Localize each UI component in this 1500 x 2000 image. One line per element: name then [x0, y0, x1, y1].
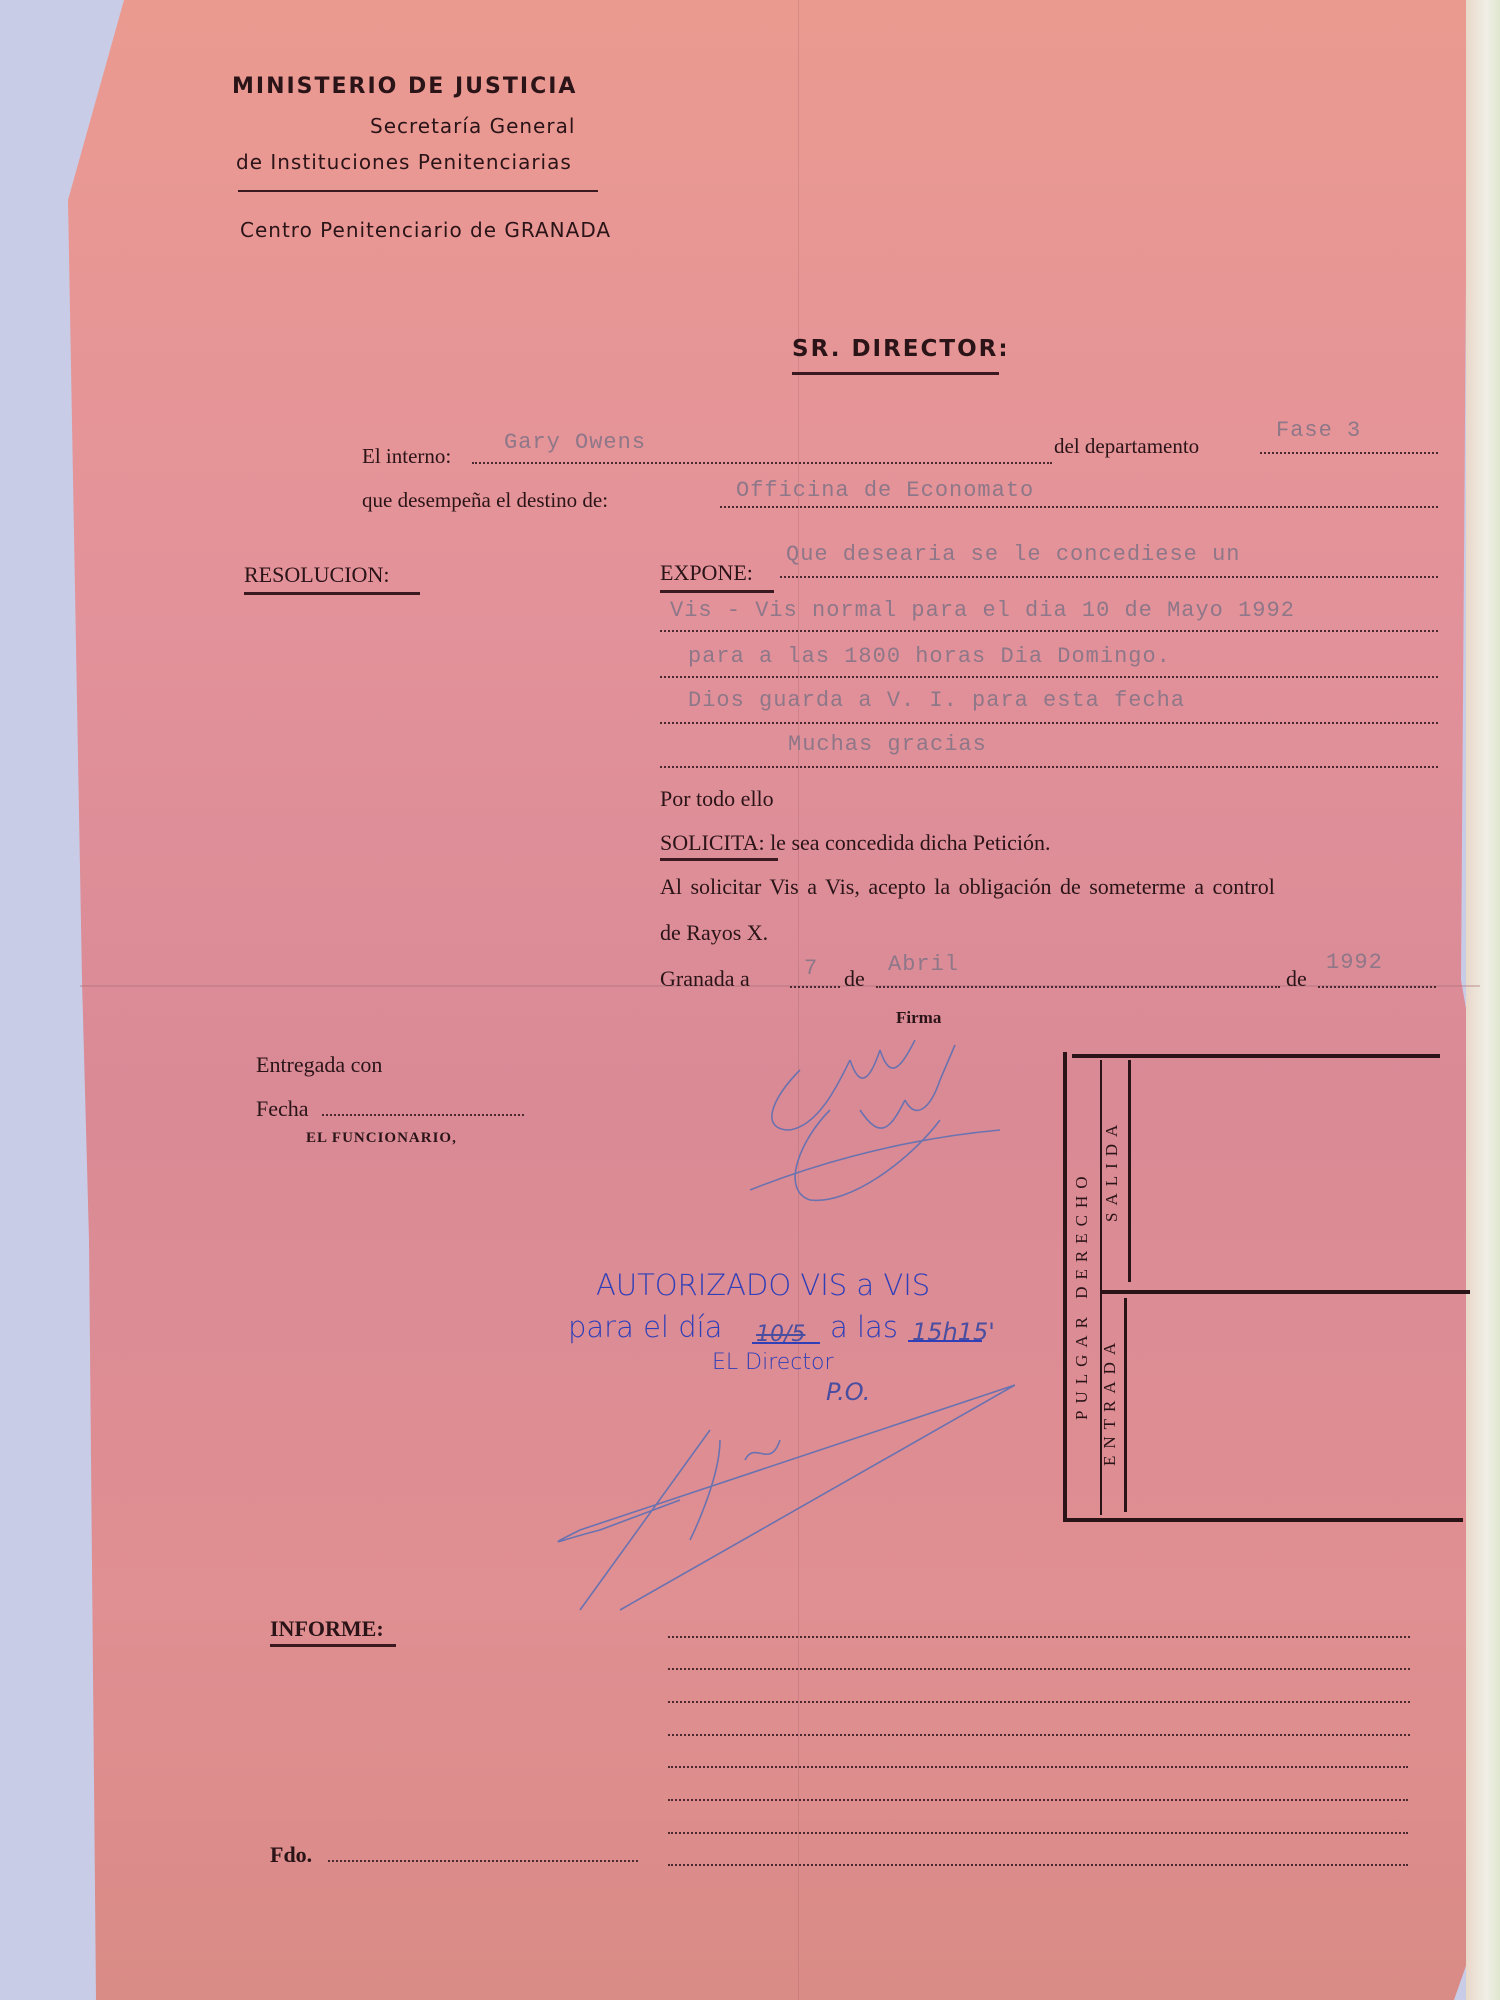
de-1: de — [844, 966, 865, 992]
solicita-text: : le sea concedida dicha Petición. — [758, 830, 1050, 855]
interno-label: El interno: — [362, 444, 451, 469]
stamp-a-las: a las — [830, 1310, 898, 1344]
informe-line[interactable] — [668, 1701, 1410, 1703]
director-signature — [540, 1380, 1020, 1620]
centro-name: Centro Penitenciario de GRANADA — [240, 218, 611, 242]
stamp-title: AUTORIZADO VIS a VIS — [596, 1268, 930, 1302]
informe-line[interactable] — [668, 1668, 1410, 1670]
box-bottom-border — [1063, 1518, 1463, 1522]
destino-value: Officina de Economato — [736, 478, 1034, 503]
fecha-field[interactable] — [322, 1114, 524, 1116]
applicant-signature — [740, 1020, 1020, 1220]
expone-line-4[interactable] — [660, 722, 1438, 724]
entrada-label: ENTRADA — [1100, 1336, 1120, 1466]
day-value: 7 — [804, 956, 818, 981]
informe-label: INFORME: — [270, 1616, 384, 1642]
informe-line[interactable] — [668, 1636, 1410, 1638]
month-value: Abril — [888, 952, 959, 977]
departamento-field[interactable] — [1260, 452, 1438, 454]
salida-divider — [1128, 1060, 1131, 1282]
informe-underline — [270, 1644, 396, 1647]
ministry-name: MINISTERIO DE JUSTICIA — [232, 74, 577, 99]
fdo-field[interactable] — [328, 1860, 638, 1862]
expone-text-5: Muchas gracias — [788, 732, 987, 757]
expone-underline — [660, 590, 774, 593]
rayos-line-2: de Rayos X. — [660, 920, 768, 946]
informe-line[interactable] — [668, 1832, 1408, 1834]
entregada-label: Entregada con — [256, 1052, 382, 1078]
expone-label: EXPONE: — [660, 560, 753, 586]
solicita-underline — [660, 858, 778, 861]
expone-line-5[interactable] — [660, 766, 1438, 768]
vertical-fold — [798, 0, 799, 2000]
year-field[interactable] — [1318, 986, 1436, 988]
destino-field[interactable] — [720, 506, 1438, 508]
funcionario-label: EL FUNCIONARIO, — [306, 1130, 457, 1147]
secretaria: Secretaría General — [370, 114, 575, 138]
entrada-divider — [1124, 1298, 1127, 1512]
stamp-dia-line — [752, 1342, 820, 1344]
solicita-line: SOLICITA: le sea concedida dicha Petició… — [660, 830, 1050, 856]
fecha-label: Fecha — [256, 1096, 309, 1122]
day-field[interactable] — [790, 986, 840, 988]
month-field[interactable] — [876, 986, 1280, 988]
entrada-print-area[interactable] — [1134, 1298, 1440, 1514]
departamento-label: del departamento — [1054, 434, 1199, 459]
interno-value: Gary Owens — [504, 430, 646, 455]
resolucion-label: RESOLUCION: — [244, 562, 389, 588]
document-sheet — [68, 0, 1468, 2000]
city-label: Granada a — [660, 966, 750, 992]
expone-line-1[interactable] — [780, 576, 1438, 578]
interno-field[interactable] — [472, 462, 1052, 464]
por-todo-ello: Por todo ello — [660, 786, 774, 812]
informe-line[interactable] — [668, 1734, 1410, 1736]
stamp-hora-line — [908, 1340, 982, 1342]
addressee: SR. DIRECTOR: — [792, 336, 1010, 362]
destino-label: que desempeña el destino de: — [362, 488, 608, 513]
header-rule — [238, 190, 598, 192]
departamento-value: Fase 3 — [1276, 418, 1361, 443]
stamp-director: EL Director — [712, 1350, 834, 1375]
year-value: 1992 — [1326, 950, 1383, 975]
de-2: de — [1286, 966, 1307, 992]
addressee-underline — [792, 372, 999, 375]
expone-text-1: Que desearia se le concediese un — [786, 542, 1240, 567]
stamp-para-el-dia: para el día — [568, 1310, 722, 1344]
box-left-border — [1063, 1052, 1067, 1522]
expone-text-3: para a las 1800 horas Dia Domingo. — [688, 644, 1171, 669]
paper-edge — [1466, 0, 1500, 2000]
salida-label: SALIDA — [1102, 1118, 1122, 1222]
expone-text-2: Vis - Vis normal para el dia 10 de Mayo … — [670, 598, 1295, 623]
expone-line-2[interactable] — [660, 630, 1438, 632]
solicita-label: SOLICITA — [660, 830, 758, 855]
informe-line[interactable] — [668, 1864, 1408, 1866]
fdo-label: Fdo. — [270, 1842, 312, 1868]
pulgar-label: PULGAR DERECHO — [1072, 1169, 1092, 1420]
salida-print-area[interactable] — [1140, 1062, 1440, 1286]
expone-text-4: Dios guarda a V. I. para esta fecha — [688, 688, 1185, 713]
informe-line[interactable] — [668, 1799, 1408, 1801]
resolucion-underline — [244, 592, 420, 595]
informe-line[interactable] — [668, 1766, 1408, 1768]
box-top-border — [1072, 1054, 1440, 1058]
rayos-line-1: Al solicitar Vis a Vis, acepto la obliga… — [660, 874, 1275, 900]
instituciones: de Instituciones Penitenciarias — [236, 150, 572, 174]
expone-line-3[interactable] — [660, 676, 1438, 678]
box-middle-border — [1100, 1290, 1470, 1294]
